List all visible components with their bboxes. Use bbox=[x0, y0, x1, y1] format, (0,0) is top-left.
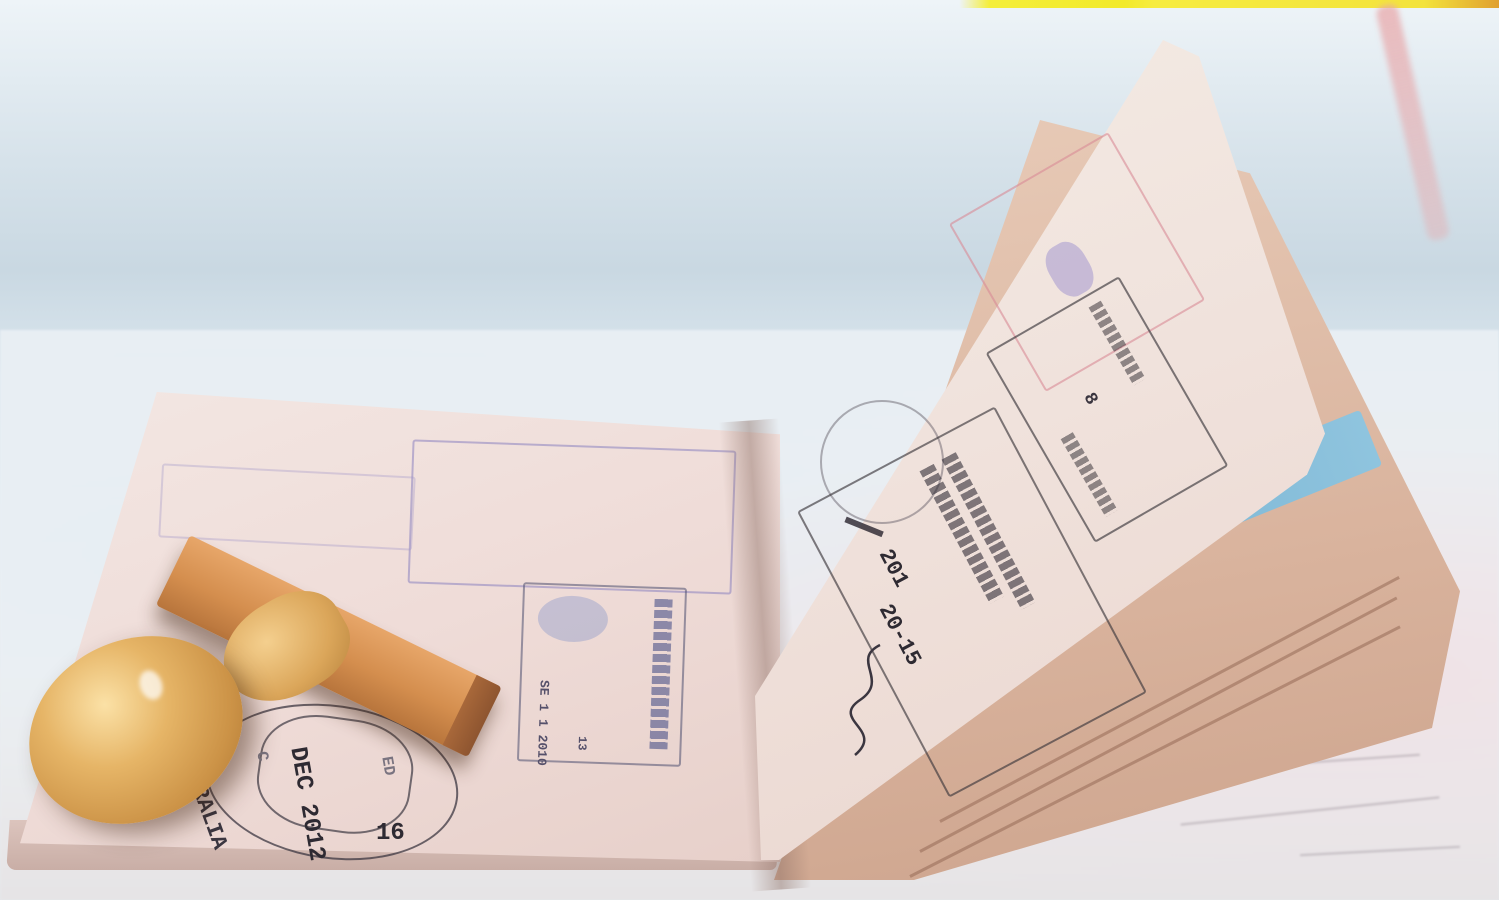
entry-stamp-square: SE 1 1 2010 13 bbox=[517, 582, 687, 767]
round-stamp-fragment-right: ED bbox=[377, 755, 398, 777]
passport-photo: SE 1 1 2010 13 TRALIA DEC 2012 ED C 16 8… bbox=[0, 0, 1499, 900]
square-stamp-number: 13 bbox=[575, 736, 589, 751]
pink-ribbon-bookmark bbox=[1375, 3, 1450, 242]
page-number: 16 bbox=[376, 820, 405, 847]
signature-scribble bbox=[840, 640, 900, 760]
box-stamp-value: 8 bbox=[1079, 389, 1102, 408]
square-stamp-date: SE 1 1 2010 bbox=[534, 680, 552, 766]
violet-stamp-large bbox=[408, 439, 737, 594]
top-yellow-strip bbox=[0, 0, 1499, 8]
